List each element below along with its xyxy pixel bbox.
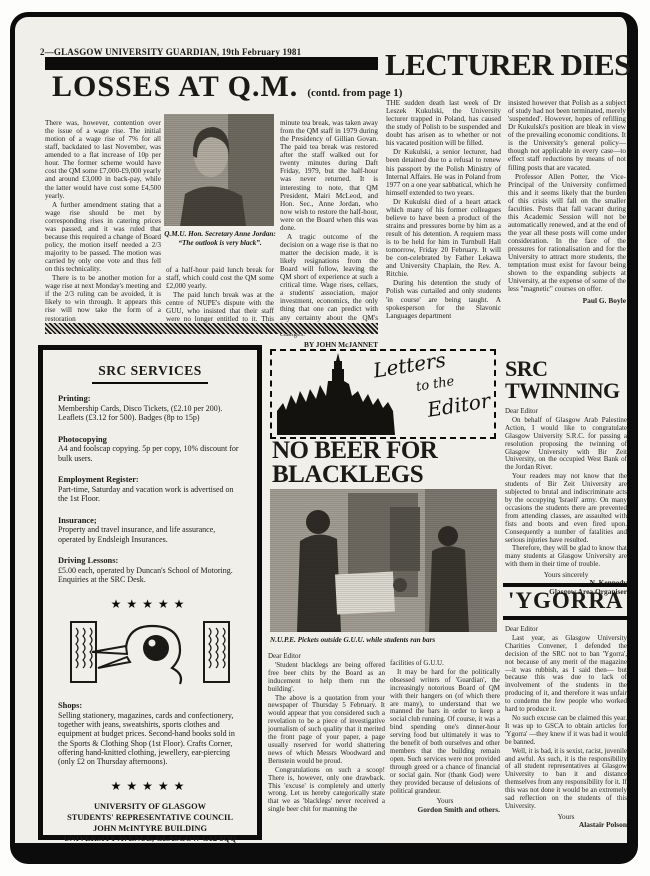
src-footer: UNIVERSITY OF GLASGOW STUDENTS' REPRESEN… [58, 802, 242, 846]
ygorra-top-rule [503, 583, 628, 587]
masthead: 2—GLASGOW UNIVERSITY GUARDIAN, 19th Febr… [40, 47, 301, 57]
paragraph: Your readers may not know that the stude… [505, 473, 627, 544]
paragraph: Dear Editor [505, 408, 627, 416]
paragraph: The above is a quotation from your newsp… [268, 695, 385, 766]
lecturer-headline: LECTURER DIES [385, 47, 631, 83]
src-services-box: SRC SERVICES Printing: Membership Cards,… [38, 345, 262, 840]
paragraph: A tragic outcome of the decision on a wa… [280, 233, 378, 338]
crosshatch-divider [45, 323, 378, 334]
paragraph: Well, it is bad, it is sexist, racist, j… [505, 748, 627, 811]
picket-1-head [306, 510, 330, 534]
src-section-head: Driving Lessons: [58, 556, 242, 566]
paragraph: A further amendment stating that a wage … [45, 201, 161, 274]
paragraph: Dear Editor [268, 653, 385, 661]
face-shape [194, 135, 228, 177]
src-section-head: Photocopying [58, 435, 242, 445]
src-section-head: Insurance; [58, 516, 242, 526]
twinning-text: Dear EditorOn behalf of Glasgow Arab Pal… [505, 408, 627, 569]
paragraph: Professor Allen Potter, the Vice-Princip… [508, 173, 626, 294]
ygorra-column: Dear EditorLast year, as Glasgow Univers… [505, 626, 627, 829]
stars-divider: ★★★★★ [58, 597, 242, 612]
bird-eye-highlight [149, 639, 156, 646]
paragraph: facilities of G.U.U. [390, 660, 500, 668]
no-beer-headline-line: NO BEER FOR [272, 439, 437, 463]
pickets-photo [270, 489, 497, 632]
no-beer-headline: NO BEER FOR BLACKLEGS [272, 439, 437, 487]
losses-contd: (contd. from page 1) [307, 87, 402, 99]
twinning-headline-line: TWINNING [505, 380, 620, 402]
paragraph: It may be hard for the politically obses… [390, 669, 500, 796]
losses-top-bar [45, 57, 378, 70]
paragraph: During his detention the study of Polish… [386, 279, 501, 319]
paragraph: Dear Editor [505, 626, 627, 634]
anne-jordan-photo-art [164, 114, 274, 226]
paragraph: There was, however, contention over the … [45, 119, 161, 200]
paragraph: Dr Kukulski, a senior lecturer, had been… [386, 148, 501, 196]
src-footer-line: STUDENTS' REPRESENTATIVE COUNCIL [58, 813, 242, 824]
wall [425, 489, 497, 632]
hair-shape [193, 127, 229, 158]
pickets-photo-art [270, 489, 497, 632]
losses-photo-caption: Q.M.U. Hon. Secretary Anne Jordan: “The … [164, 230, 276, 248]
doorway [348, 493, 418, 597]
bird-beak-upper [92, 646, 127, 654]
twinning-headline: SRC TWINNING [505, 358, 620, 402]
photo-shadow [228, 114, 274, 226]
losses-headline: LOSSES AT Q.M.(contd. from page 1) [52, 70, 378, 104]
src-section-driving: Driving Lessons: £5.00 each, operated by… [58, 556, 242, 585]
bird-eye [143, 635, 169, 661]
letters-bottom-rule [390, 843, 500, 848]
lecturer-column-1: THE sudden death last week of Dr Leszek … [386, 99, 501, 321]
paragraph: Last year, as Glasgow University Chariti… [505, 635, 627, 714]
lecturer-byline: Paul G. Boyle [508, 297, 626, 305]
losses-column-3: minute tea break, was taken away from th… [280, 119, 378, 349]
paragraph: THE sudden death last week of Dr Leszek … [386, 99, 501, 147]
src-section-head: Shops: [58, 701, 242, 711]
window [390, 507, 420, 571]
src-section-insurance: Insurance; Property and travel insurance… [58, 516, 242, 545]
paragraph: minute tea break, was taken away from th… [280, 119, 378, 232]
src-section-head: Printing: [58, 394, 242, 404]
ygorra-headline: 'YGORRA [508, 588, 624, 614]
paragraph: On behalf of Glasgow Arab Palestine Acti… [505, 417, 627, 472]
bird-illustration-art [68, 616, 232, 688]
bird-illustration [58, 616, 242, 693]
placard [335, 572, 395, 615]
src-section-head: Employment Register: [58, 475, 242, 485]
losses-headline-text: LOSSES AT Q.M. [52, 70, 298, 103]
src-section-employment: Employment Register: Part-time, Saturday… [58, 475, 242, 504]
no-beer-signature: Gordon Smith and others. [390, 806, 500, 814]
src-section-body: Membership Cards, Disco Tickets, (£2.10 … [58, 404, 242, 423]
twinning-headline-line: SRC [505, 358, 620, 380]
losses-column-3-text: minute tea break, was taken away from th… [280, 119, 378, 338]
anne-jordan-photo [164, 114, 274, 226]
paragraph: Therefore, they will be glad to know tha… [505, 545, 627, 569]
paragraph: There is to be another motion for a wage… [45, 274, 161, 322]
ygorra-bottom-rule [503, 616, 628, 620]
letters-script-line: to the [415, 374, 455, 395]
src-section-printing: Printing: Membership Cards, Disco Ticket… [58, 394, 242, 423]
twinning-column: Dear EditorOn behalf of Glasgow Arab Pal… [505, 408, 627, 596]
no-beer-column-1: Dear Editor'Student blacklegs are being … [268, 653, 385, 815]
paragraph: Dr Kukulski died of a heart attack which… [386, 198, 501, 279]
src-services-title-text: SRC SERVICES [92, 363, 207, 384]
no-beer-headline-line: BLACKLEGS [272, 463, 437, 487]
src-section-body: Property and travel insurance, and life … [58, 525, 242, 544]
src-section-photocopying: Photocopying A4 and foolscap copying. 5p… [58, 435, 242, 464]
src-section-body: Selling stationery, magazines, cards and… [58, 711, 242, 767]
paragraph: No such excuse can be claimed this year.… [505, 715, 627, 747]
src-section-shops: Shops: Selling stationery, magazines, ca… [58, 701, 242, 767]
body-shape [180, 186, 246, 226]
photo-bg [270, 489, 497, 632]
photo-bg [164, 114, 274, 226]
src-footer-line: JOHN McINTYRE BUILDING [58, 824, 242, 835]
src-section-body: £5.00 each, operated by Duncan's School … [58, 566, 242, 585]
pickets-photo-caption: N.U.P.E. Pickets outside G.U.U. while st… [270, 636, 500, 645]
paragraph: of a half-hour paid lunch break for staf… [166, 266, 274, 290]
losses-byline: BY JOHN McJANNET [280, 341, 378, 349]
ygorra-text: Dear EditorLast year, as Glasgow Univers… [505, 626, 627, 811]
picket-2-head [438, 526, 458, 546]
paragraph: 'Student blacklegs are being offered fre… [268, 662, 385, 694]
bird-beak-lower [98, 657, 130, 668]
losses-column-1: There was, however, contention over the … [45, 119, 161, 324]
stars-divider: ★★★★★ [58, 779, 242, 794]
paragraph: insisted however that Polish as a subjec… [508, 99, 626, 172]
src-section-body: Part-time, Saturday and vacation work is… [58, 485, 242, 504]
src-footer-line: UNIVERSITY AVENUE, GLASGOW G12 8QQ [58, 834, 242, 845]
lecturer-column-2-text: insisted however that Polish as a subjec… [508, 99, 626, 294]
tower-body [332, 381, 344, 435]
letters-to-editor-box: Letters to the Editor [270, 349, 496, 439]
left-panel-squiggles [76, 628, 92, 668]
src-footer-line: UNIVERSITY OF GLASGOW [58, 802, 242, 813]
src-section-body: A4 and foolscap copying. 5p per copy, 10… [58, 444, 242, 463]
paragraph: Congratulations on such a scoop! There i… [268, 767, 385, 814]
picket-1-body [297, 534, 341, 632]
no-beer-column-2: facilities of G.U.U.It may be hard for t… [390, 660, 500, 814]
picket-2-body [429, 546, 469, 632]
src-services-title: SRC SERVICES [58, 362, 242, 384]
lecturer-column-2: insisted however that Polish as a subjec… [508, 99, 626, 305]
no-beer-column-2-text: facilities of G.U.U.It may be hard for t… [390, 660, 500, 795]
ygorra-signature: Alastair Polson [505, 821, 627, 829]
badge-detail [393, 578, 407, 592]
letters-script-line: Editor [425, 388, 491, 422]
right-panel-squiggles [209, 628, 225, 668]
